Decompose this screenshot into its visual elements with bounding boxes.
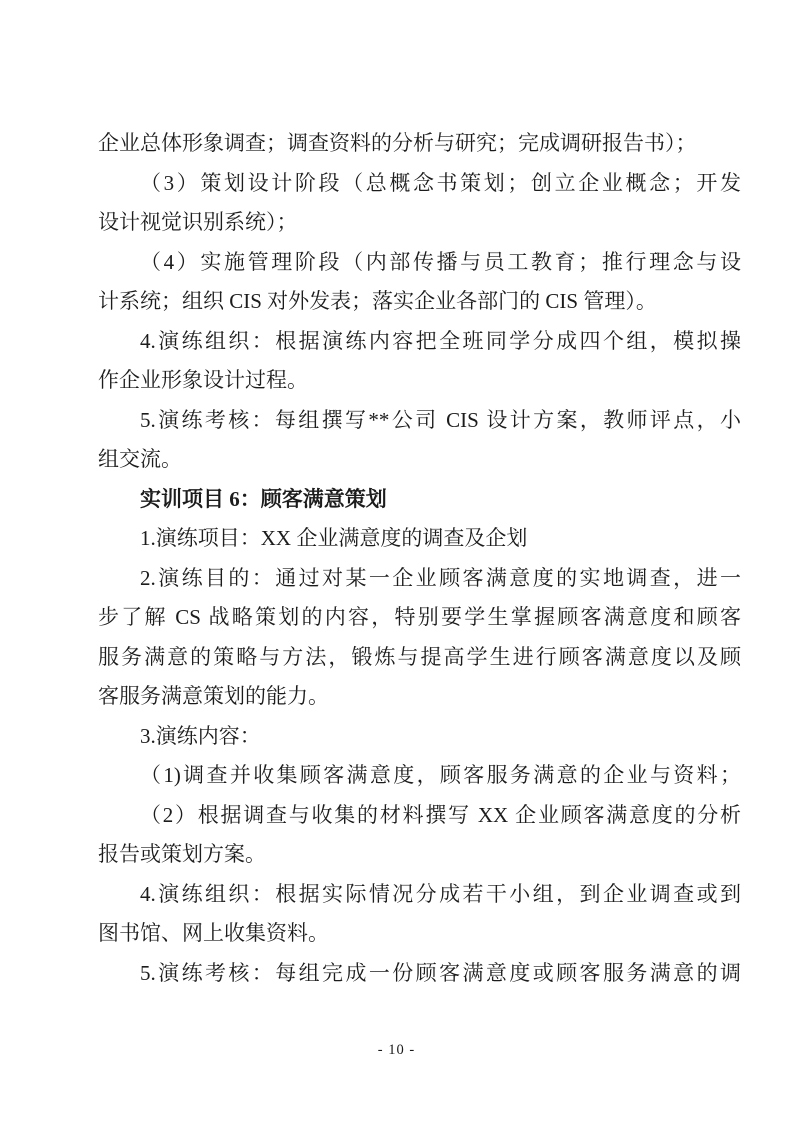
text-line: 服务满意的策略与方法，锻炼与提高学生进行顾客满意度以及顾 [98, 638, 741, 678]
text-line: （4）实施管理阶段（内部传播与员工教育；推行理念与设 [98, 243, 741, 283]
section-heading: 实训项目 6：顾客满意策划 [98, 480, 741, 520]
text-line: 4.演练组织：根据演练内容把全班同学分成四个组，模拟操 [98, 322, 741, 362]
text-line: 作企业形象设计过程。 [98, 361, 741, 401]
text-line: 企业总体形象调查；调查资料的分析与研究；完成调研报告书）； [98, 124, 741, 164]
text-line: 组交流。 [98, 440, 741, 480]
text-line: 4.演练组织：根据实际情况分成若干小组，到企业调查或到 [98, 875, 741, 915]
text-line: 1.演练项目：XX 企业满意度的调查及企划 [98, 519, 741, 559]
text-line: 5.演练考核：每组完成一份顾客满意度或顾客服务满意的调 [98, 954, 741, 994]
page: { "page": { "background": "#ffffff", "te… [0, 0, 793, 1122]
text-line: （3）策划设计阶段（总概念书策划；创立企业概念；开发 [98, 164, 741, 204]
text-line: 步了解 CS 战略策划的内容，特别要学生掌握顾客满意度和顾客 [98, 598, 741, 638]
document-body: 企业总体形象调查；调查资料的分析与研究；完成调研报告书）；（3）策划设计阶段（总… [98, 124, 741, 993]
text-line: 报告或策划方案。 [98, 835, 741, 875]
page-number: - 10 - [0, 1040, 793, 1060]
text-line: 2.演练目的：通过对某一企业顾客满意度的实地调查，进一 [98, 559, 741, 599]
text-line: （2）根据调查与收集的材料撰写 XX 企业顾客满意度的分析 [98, 796, 741, 836]
text-line: 设计视觉识别系统）； [98, 203, 741, 243]
text-line: 3.演练内容： [98, 717, 741, 757]
text-line: （1)调查并收集顾客满意度，顾客服务满意的企业与资料； [98, 756, 741, 796]
text-line: 图书馆、网上收集资料。 [98, 914, 741, 954]
text-line: 计系统；组织 CIS 对外发表；落实企业各部门的 CIS 管理）。 [98, 282, 741, 322]
text-line: 客服务满意策划的能力。 [98, 677, 741, 717]
text-line: 5.演练考核：每组撰写**公司 CIS 设计方案，教师评点，小 [98, 401, 741, 441]
